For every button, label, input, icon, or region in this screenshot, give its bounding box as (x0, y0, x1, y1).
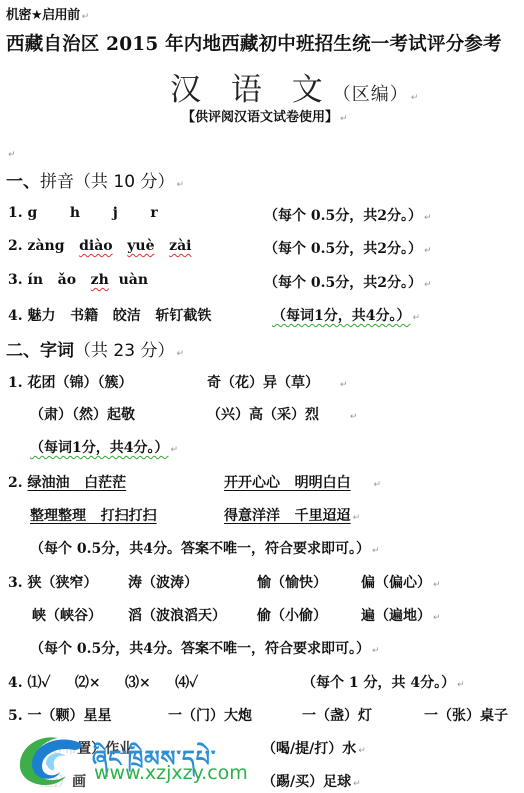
s2-q2-row1-right: 开开心心 明明白白 ↵ (224, 472, 381, 492)
usage-note: 【供评阅汉语文试卷使用】↵ (182, 106, 348, 125)
measure-word-answer: 一（张）桌子 (424, 708, 508, 724)
judgement-answer: ⑷✓ (175, 675, 198, 691)
char-answer: 偷（小偷） (257, 608, 327, 624)
paragraph-mark: ↵ (374, 480, 382, 490)
char-answer: 愉（愉快） (257, 575, 327, 591)
word-answer: 得意洋洋 千里迢迢 (224, 508, 351, 524)
paragraph-mark: ↵ (170, 445, 178, 455)
s2-q1-row2-left: （肃）（然）起敬 (30, 404, 135, 424)
idiom-answer: （肃）（然）起敬 (30, 407, 135, 423)
logo-swirl-icon (12, 728, 92, 793)
section-2-heading: 二、字词字词（共 23 分）（共 23 分）↵ (6, 336, 184, 361)
section-1-heading: 一、拼音（共 10 分）↵ (6, 167, 184, 192)
judgement-answer: ⑶× (125, 675, 151, 691)
paragraph-mark: ↵ (433, 613, 441, 623)
s2-q3-row2-col4: 遍（遍地）↵ (361, 605, 441, 625)
verb-answer: （喝/提/打）水 (262, 741, 356, 757)
measure-word-answer: 一（门）大炮 (168, 708, 252, 724)
judgement-answer: ⑵× (75, 675, 101, 691)
s2-q4-answers: 4. ⑴✓ ⑵× ⑶× ⑷✓ (8, 672, 198, 692)
char-answer: 峡（峡谷） (32, 608, 102, 624)
paragraph-mark: ↵ (340, 114, 348, 124)
score-text: （每个 0.5分，共4分。答案不唯一，符合要求即可。） (30, 541, 370, 557)
char-answer: 滔（波浪滔天） (128, 608, 226, 624)
pinyin-answer: yuè (127, 238, 154, 254)
paragraph-mark: ↵ (340, 380, 348, 390)
paragraph-mark: ↵ (424, 280, 432, 290)
paragraph-mark: ↵ (350, 412, 358, 422)
idiom-answer: 奇（花）异（草） (207, 375, 319, 391)
s2-q3-row2-col2: 滔（波浪滔天） (128, 605, 226, 625)
subject-title: 汉 语 文（区编）↵ (170, 64, 428, 109)
pinyin-answer: ín (28, 272, 44, 288)
s1-item-1-score: （每个 0.5分，共2分。）↵ (264, 205, 432, 225)
item-answer: 魅力 书籍 皎洁 斩钉截铁 (28, 308, 212, 324)
item-label: 1. (8, 375, 23, 391)
idiom-answer: 花团（锦）（簇） (28, 375, 133, 391)
paragraph-mark: ↵ (358, 746, 366, 756)
pinyin-answer: diào (79, 238, 113, 254)
paragraph-mark: ↵ (353, 779, 361, 789)
idiom-answer: （兴）高（采）烈 (207, 407, 319, 423)
s2-q1-row1-left: 1. 花团（锦）（簇） (8, 372, 133, 392)
s2-q3-score: （每个 0.5分，共4分。答案不唯一，符合要求即可。）↵ (30, 638, 380, 658)
paragraph-mark: ↵ (411, 93, 429, 103)
paragraph-mark: ↵ (176, 349, 184, 359)
paragraph-mark: ↵ (372, 646, 380, 656)
s2-q5-row1-col3: 一（盏）灯 (302, 705, 372, 725)
s2-q5-row2-right: （喝/提/打）水↵ (262, 738, 366, 758)
paragraph-mark: ↵ (82, 12, 89, 22)
s2-q3-row2-col3: 偷（小偷） (257, 605, 327, 625)
pinyin-answer: uàn (119, 272, 148, 288)
paragraph-mark: ↵ (372, 546, 380, 556)
score-text: （每词1分，共4分。） (272, 308, 410, 324)
pinyin-answer: ǎo (58, 272, 76, 288)
paragraph-mark: ↵ (8, 150, 16, 160)
s2-q4-score: （每个 1 分，共 4分。）↵ (302, 672, 465, 692)
s1-item-2-score: （每个 0.5分，共2分。）↵ (264, 238, 432, 258)
s2-q3-row1-col3: 愉（愉快） (257, 572, 327, 592)
item-label: 3. (8, 272, 23, 288)
paragraph-mark: ↵ (424, 246, 432, 256)
score-text: （每个 0.5分，共2分。） (264, 241, 422, 257)
confidential-text: 机密★启用前 (6, 8, 80, 23)
score-text: （每个 1 分，共 4分。） (302, 675, 455, 691)
section-number: 一、 (6, 172, 40, 192)
pinyin-answer: zh (91, 272, 109, 288)
paragraph-mark: ↵ (457, 680, 465, 690)
verb-answer: （踢/买）足球 (262, 774, 351, 790)
s1-item-1: 1. g h j r (8, 205, 158, 221)
paragraph-mark: ↵ (353, 513, 361, 523)
item-label: 4. (8, 675, 23, 691)
item-label: 3. (8, 575, 23, 591)
item-label: 2. (8, 475, 23, 491)
s2-q2-row1-left: 2. 绿油油 白茫茫 (8, 472, 126, 492)
paragraph-mark: ↵ (176, 180, 184, 190)
paragraph-mark: ↵ (424, 213, 432, 223)
word-answer: 绿油油 白茫茫 (28, 475, 127, 491)
char-answer: 涛（波涛） (128, 575, 198, 591)
subject-name: 汉 语 文 (170, 72, 333, 108)
logo-url-text: www.xzjxzy.com (94, 762, 248, 784)
pinyin-answer: zài (169, 238, 191, 254)
item-answer: g h j r (28, 205, 158, 221)
s1-item-3: 3. ín ǎo zh uàn (8, 272, 148, 288)
score-text: （每词1分，共4分。） (30, 440, 168, 456)
word-answer: 开开心心 明明白白 (224, 475, 351, 491)
char-answer: 遍（遍地） (361, 608, 431, 624)
s2-q1-row2-right: （兴）高（采）烈 ↵ (207, 404, 357, 424)
s2-q3-row1-col2: 涛（波涛） (128, 572, 198, 592)
blank-paragraph: ↵ (6, 142, 16, 161)
s2-q1-row1-right: 奇（花）异（草） ↵ (207, 372, 347, 392)
paragraph-mark: ↵ (412, 313, 420, 323)
char-answer: 狭（狭窄） (28, 575, 98, 591)
s2-q1-score: （每词1分，共4分。）↵ (30, 437, 178, 457)
char-answer: 偏（偏心） (361, 575, 431, 591)
score-text: （每个 0.5分，共2分。） (264, 275, 422, 291)
s2-q2-row2-left: 整理整理 打扫打扫 (30, 505, 157, 525)
pinyin-answer: zàng (28, 238, 65, 254)
s1-item-4: 4. 魅力 书籍 皎洁 斩钉截铁 (8, 305, 211, 325)
item-label: 5. (8, 708, 23, 724)
s2-q2-score: （每个 0.5分，共4分。答案不唯一，符合要求即可。）↵ (30, 538, 380, 558)
judgement-answer: ⑴✓ (28, 675, 51, 691)
s2-q5-row1-col2: 一（门）大炮 (168, 705, 252, 725)
item-label: 2. (8, 238, 23, 254)
s2-q3-row2-col1: 峡（峡谷） (32, 605, 102, 625)
item-label: 4. (8, 308, 23, 324)
section-title: 拼音（共 10 分） (40, 172, 174, 192)
s2-q5-row1: 5. 一（颗）星星 (8, 705, 112, 725)
document-title: 西藏自治区 2015 年内地西藏初中班招生统一考试评分参考 (6, 30, 502, 56)
word-answer: 整理整理 打扫打扫 (30, 508, 157, 524)
s2-q5-row3-right: （踢/买）足球↵ (262, 771, 361, 791)
score-text: （每个 0.5分，共4分。答案不唯一，符合要求即可。） (30, 641, 370, 657)
s2-q5-row1-col4: 一（张）桌子 (424, 705, 508, 725)
s2-q3-row1: 3. 狭（狭窄） (8, 572, 98, 592)
usage-note-text: 【供评阅汉语文试卷使用】 (182, 110, 338, 125)
s1-item-4-score: （每词1分，共4分。）↵ (272, 305, 420, 325)
watermark-logo: ཞིང་ཁྲིམས་དཔེ་ www.xzjxzy.com (12, 728, 262, 793)
score-text: （每个 0.5分，共2分。） (264, 208, 422, 224)
paragraph-mark: ↵ (433, 580, 441, 590)
section-number: 二、 (6, 341, 40, 361)
confidential-label: 机密★启用前↵ (6, 4, 89, 23)
s2-q3-row1-col4: 偏（偏心）↵ (361, 572, 441, 592)
measure-word-answer: 一（颗）星星 (28, 708, 112, 724)
s2-q2-row2-right: 得意洋洋 千里迢迢↵ (224, 505, 360, 525)
s1-item-3-score: （每个 0.5分，共2分。）↵ (264, 272, 432, 292)
item-label: 1. (8, 205, 23, 221)
s1-item-2: 2. zàng diào yuè zài (8, 238, 191, 254)
measure-word-answer: 一（盏）灯 (302, 708, 372, 724)
subject-region: （区编） (333, 84, 409, 105)
